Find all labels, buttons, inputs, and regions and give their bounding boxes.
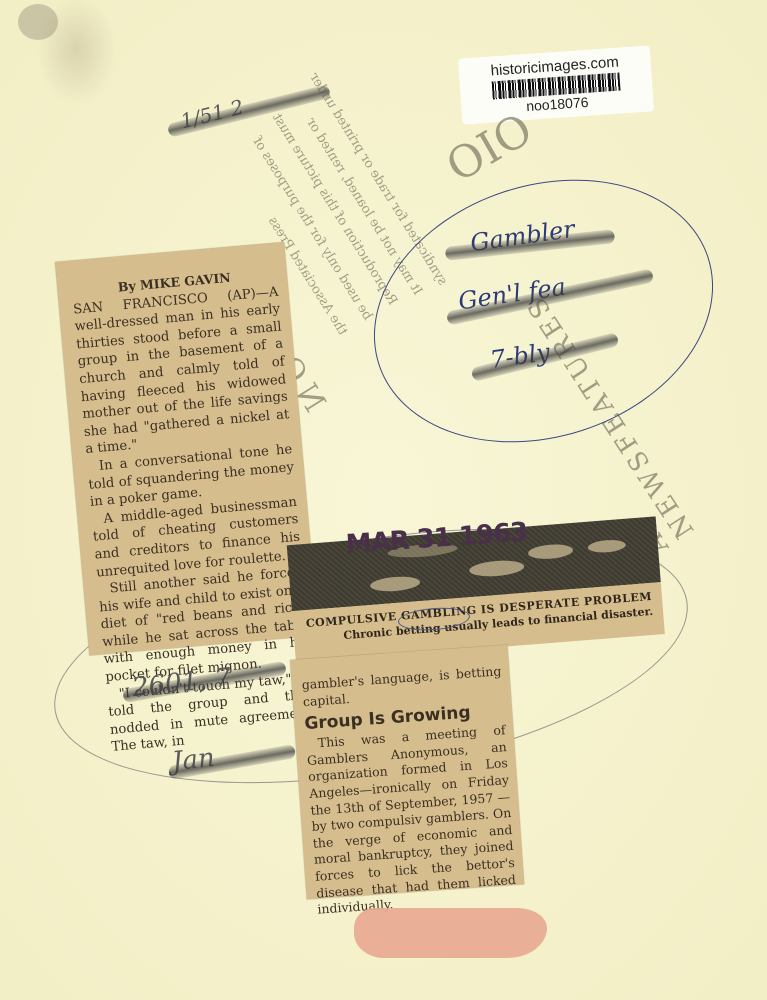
red-paint-smear (354, 908, 547, 958)
article-paragraph: This was a meeting of Gamblers Anonymous… (305, 722, 517, 918)
article-paragraph: SAN FRANCISCO (AP)—A well-dressed man in… (72, 283, 291, 459)
news-clipping-bottom: gambler's language, is betting capital. … (290, 645, 524, 900)
barcode-label: historicimages.com noo18076 (458, 45, 654, 124)
ink-ellipse (340, 138, 748, 485)
stain-mark (18, 4, 58, 40)
news-clipping-left: By MIKE GAVIN SAN FRANCISCO (AP)—A well-… (55, 242, 319, 656)
